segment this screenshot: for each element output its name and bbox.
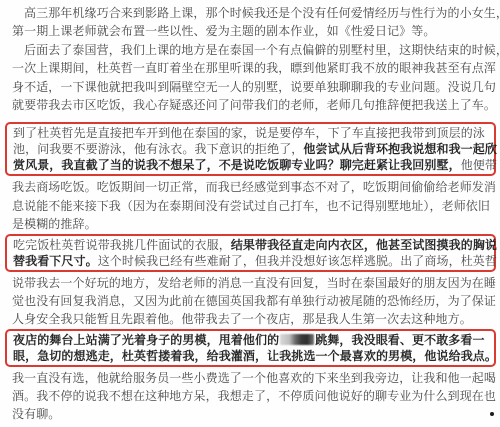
- text-line: 池，问我要不要游泳，他有泳衣。我下意识的拒绝了，他尝试从后背环抱我说想和我一起欣: [13, 141, 490, 157]
- text-segment: 一次上课期间，杜英哲一直盯着坐在那里听课的我，瞟到他紧盯我不放的眼神我甚至有点浑: [12, 61, 496, 75]
- highlight-box: 夜店的舞台上站满了光着身子的男模，甩着他们的跳舞，我没眼看、更不敢多看一眼，急切…: [5, 329, 496, 367]
- paragraph-block: 说带我去一个好玩的地方，发给老师的消息一直没有回复，当时在泰国最好的朋友因为在睡…: [12, 274, 492, 329]
- bold-text-segment: 结果带我径直走向内衣区，他甚至试图摸我的胸说: [231, 238, 497, 252]
- text-segment: 池，问我要不要游泳，他有泳衣。我下意识的拒绝了，: [13, 142, 303, 156]
- text-segment: 息说能不能来接下我（因为在泰期间没有尝试过自己打车，也不记得别墅地址），老师依旧: [12, 199, 490, 213]
- text-line: 我一直没有选，他就给服务员一些小费选了一个他喜欢的下来坐到我旁边，让我和他一起喝: [12, 369, 492, 387]
- text-line: 身不适，一下课他就把我叫到隔壁空无一人的别墅，说要单独聊聊我的专业问题。没说几句: [12, 78, 492, 96]
- text-line: 就要带我去市区吃饭，我心存疑惑还问了问带我们的老师，老师几句推辞便把我送上了车。: [12, 96, 492, 114]
- text-line: 吃完饭杜英哲说带我挑几件面试的衣服，结果带我径直走向内衣区，他甚至试图摸我的胸说: [13, 237, 490, 253]
- text-segment: 第一期上课老师就会布置一些以性、爱为主题的剧本作业，如《性爱日记》等。: [12, 24, 436, 38]
- paragraph-block: 我去商场吃饭。吃饭期间一切正常，而我已经感觉到事态不对了，吃饭期间偷偷给老师发消…: [12, 178, 492, 233]
- paragraph-block: 我一直没有选，他就给服务员一些小费选了一个他喜欢的下来坐到我旁边，让我和他一起喝…: [12, 369, 492, 424]
- text-line: 说带我去一个好玩的地方，发给老师的消息一直没有回复，当时在泰国最好的朋友因为在睡: [12, 274, 492, 292]
- text-line: 是模糊的推辞。: [12, 215, 492, 233]
- text-line: 眼，急切的想逃走，杜英哲搂着我，给我灌酒，让我挑选一个最喜欢的男模，他说给我点。: [13, 348, 490, 364]
- text-line: 第一期上课老师就会布置一些以性、爱为主题的剧本作业，如《性爱日记》等。: [12, 22, 492, 40]
- text-segment: 就要带我去市区吃饭，我心存疑惑还问了问带我们的老师，老师几句推辞便把我送上了车。: [12, 98, 496, 112]
- text-segment: 酒。我不停的说我不想在这种地方呆，我想走了，不停质问他说好的聊专业为什么到现在也: [12, 389, 496, 403]
- text-line: 息说能不能来接下我（因为在泰期间没有尝试过自己打车，也不记得别墅地址），老师依旧: [12, 197, 492, 215]
- text-line: 酒。我不停的说我不想在这种地方呆，我想走了，不停质问他说好的聊专业为什么到现在也: [12, 387, 492, 405]
- text-segment: 高三那年机缘巧合来到影路上课，那个时候我还是个没有任何爱情经历与性行为的小女生，: [24, 6, 500, 20]
- bold-text-segment: 赏风景，我直截了当的说我不想呆了，不是说吃饭聊专业吗？聊完赶紧让我回别墅，: [13, 158, 461, 172]
- bold-text-segment: 眼，急切的想逃走，杜英哲搂着我，给我灌酒，让我挑选一个最喜欢的男模，他说给我点。: [13, 349, 497, 363]
- text-segment: 到了杜英哲先是直接把车开到他在泰国的家，说是要停车，下了车直接把我带到顶层的泳: [13, 126, 485, 140]
- stray-ink-dot: [490, 412, 494, 416]
- bold-text-segment: 跳舞，我没眼看、更不敢多看一: [315, 333, 484, 347]
- text-segment: 这个时候我已经有些难耐了，但我并没想好该怎样逃脱。出了商场，杜英哲: [98, 254, 497, 268]
- article-page: 高三那年机缘巧合来到影路上课，那个时候我还是个没有任何爱情经历与性行为的小女生，…: [0, 0, 500, 427]
- paragraph-block: 高三那年机缘巧合来到影路上课，那个时候我还是个没有任何爱情经历与性行为的小女生，…: [12, 4, 492, 114]
- text-line: 后面去了泰国营，我们上课的地方是在泰国一个有点偏僻的别墅村里，这期快结束的时候，: [12, 41, 492, 59]
- article-text: 高三那年机缘巧合来到影路上课，那个时候我还是个没有任何爱情经历与性行为的小女生，…: [12, 4, 492, 424]
- text-segment: 说带我去一个好玩的地方，发给老师的消息一直没有回复，当时在泰国最好的朋友因为在睡: [12, 276, 496, 290]
- text-segment: 觉也没有回复我消息，又因为此前在德国英国我都有单独行动被尾随的恐怖经历，为了保证: [12, 294, 496, 308]
- bold-text-segment: 替我看下尺寸。: [13, 254, 98, 268]
- text-line: 没有聊。: [12, 405, 492, 423]
- text-line: 一次上课期间，杜英哲一直盯着坐在那里听课的我，瞟到他紧盯我不放的眼神我甚至有点浑: [12, 59, 492, 77]
- text-segment: 没有聊。: [12, 407, 60, 421]
- bold-text-segment: 他尝试从后背环抱我说想和我一起欣: [303, 142, 497, 156]
- text-line: 我去商场吃饭。吃饭期间一切正常，而我已经感觉到事态不对了，吃饭期间偷偷给老师发消: [12, 178, 492, 196]
- censored-blur-block: [280, 334, 314, 345]
- bold-text-segment: 夜店的舞台上站满了光着身子的男模，甩着他们的: [13, 333, 279, 347]
- text-line: 替我看下尺寸。这个时候我已经有些难耐了，但我并没想好该怎样逃脱。出了商场，杜英哲: [13, 253, 490, 269]
- highlight-box: 到了杜英哲先是直接把车开到他在泰国的家，说是要停车，下了车直接把我带到顶层的泳池…: [5, 122, 496, 176]
- text-line: 觉也没有回复我消息，又因为此前在德国英国我都有单独行动被尾随的恐怖经历，为了保证: [12, 292, 492, 310]
- text-segment: 是模糊的推辞。: [12, 217, 97, 231]
- text-line: 高三那年机缘巧合来到影路上课，那个时候我还是个没有任何爱情经历与性行为的小女生，: [12, 4, 492, 22]
- text-line: 到了杜英哲先是直接把车开到他在泰国的家，说是要停车，下了车直接把我带到顶层的泳: [13, 125, 490, 141]
- text-segment: 他便带: [461, 158, 497, 172]
- text-segment: 后面去了泰国营，我们上课的地方是在泰国一个有点偏僻的别墅村里，这期快结束的时候，: [24, 43, 500, 57]
- text-segment: 吃完饭杜英哲说带我挑几件面试的衣服，: [13, 238, 231, 252]
- text-segment: 身不适，一下课他就把我叫到隔壁空无一人的别墅，说要单独聊聊我的专业问题。没说几句: [12, 80, 496, 94]
- text-segment: 人身安全我只能暂且先跟着他。他带我去了一个夜店，那是我人生第一次去这种地方。: [12, 312, 472, 326]
- text-line: 夜店的舞台上站满了光着身子的男模，甩着他们的跳舞，我没眼看、更不敢多看一: [13, 332, 490, 348]
- text-line: 赏风景，我直截了当的说我不想呆了，不是说吃饭聊专业吗？聊完赶紧让我回别墅，他便带: [13, 157, 490, 173]
- text-segment: 我一直没有选，他就给服务员一些小费选了一个他喜欢的下来坐到我旁边，让我和他一起喝: [12, 371, 496, 385]
- text-line: 人身安全我只能暂且先跟着他。他带我去了一个夜店，那是我人生第一次去这种地方。: [12, 310, 492, 328]
- text-segment: 我去商场吃饭。吃饭期间一切正常，而我已经感觉到事态不对了，吃饭期间偷偷给老师发消: [12, 180, 496, 194]
- highlight-box: 吃完饭杜英哲说带我挑几件面试的衣服，结果带我径直走向内衣区，他甚至试图摸我的胸说…: [5, 234, 496, 272]
